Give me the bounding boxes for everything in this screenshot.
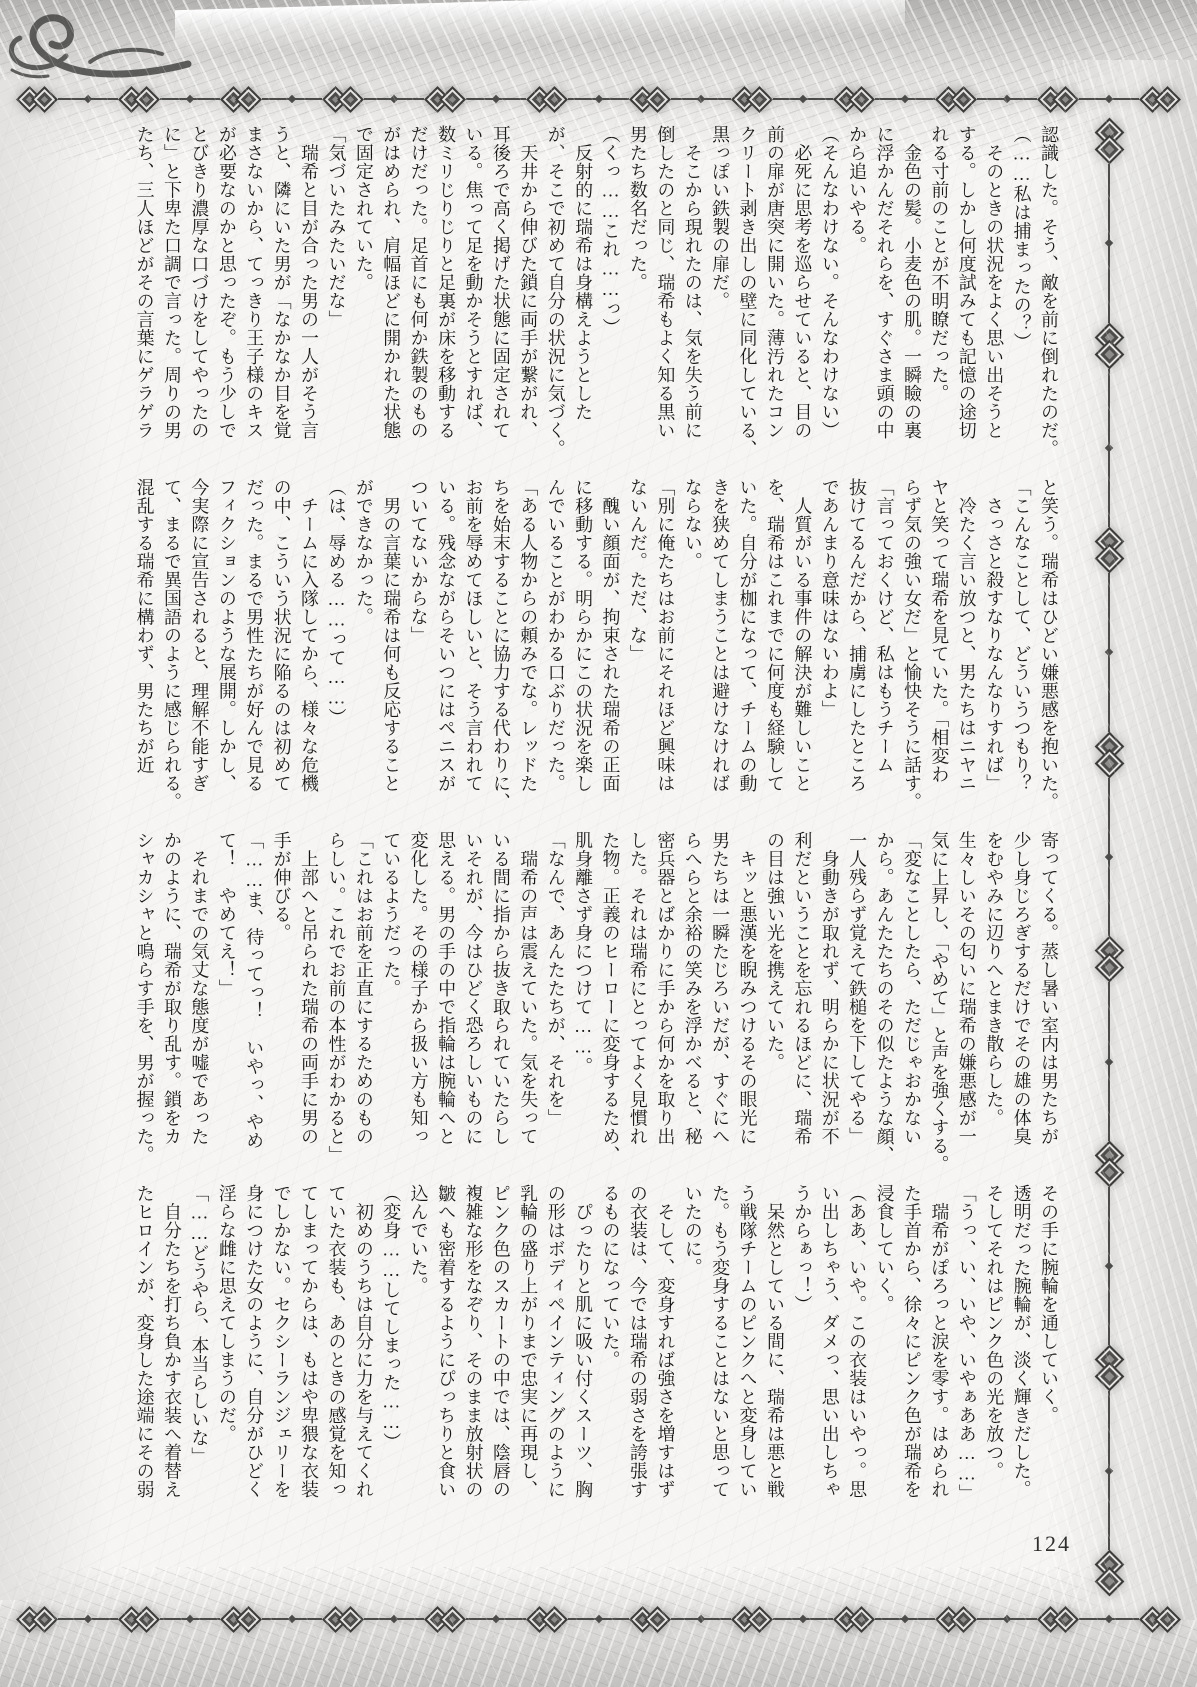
text-column: そのときの状況をよく思い出そうと [980, 125, 1007, 473]
diamond-ornament-icon [1043, 90, 1073, 109]
text-column: を、瑞希はこれまでに何度も経験して [761, 478, 788, 826]
text-column: （そんなわけない。そんなわけない） [815, 125, 842, 473]
diamond-icon [337, 1606, 364, 1633]
text-column: いる間に指から抜き取られていたらし [486, 831, 513, 1179]
ornament-connector-line [1108, 1391, 1110, 1550]
diamond-ornament-icon [1099, 124, 1120, 158]
text-column: らへらと余裕の笑みを浮かべると、秘 [678, 831, 705, 1179]
text-column: 初めのうちは自分に力を与えてくれ [349, 1184, 376, 1532]
text-column: 瑞希と目が合った男の一人がそう言 [295, 125, 322, 473]
diamond-ornament-icon [430, 90, 460, 109]
diamond-icon [1094, 1362, 1124, 1392]
text-column: 利だということを忘れるほどに、瑞希 [788, 831, 815, 1179]
diamond-icon [133, 86, 160, 113]
text-column: 認識した。そう、敵を前に倒れたのだ。 [1035, 125, 1062, 473]
diamond-icon [1094, 1158, 1124, 1188]
text-column: （……私は捕まったの？） [1007, 125, 1034, 473]
diamond-ornament-icon [635, 90, 665, 109]
text-column: の形はボディペインティングのように [541, 1184, 568, 1532]
ornament-connector-line [875, 1618, 935, 1620]
text-column: 「変なことしたら、ただじゃおかない [898, 831, 925, 1179]
top-ornament-border [0, 78, 1197, 120]
text-column: きを狭めてしまうことは避けなければ [706, 478, 733, 826]
ornament-connector-line [364, 98, 424, 100]
diamond-ornament-icon [328, 1610, 358, 1629]
text-column: 手が伸びる。 [267, 831, 294, 1179]
text-column: 混乱する瑞希に構わず、男たちが近 [130, 478, 157, 826]
diamond-icon [746, 86, 773, 113]
diamond-icon [337, 86, 364, 113]
baroque-flourish-icon [2, 6, 192, 84]
diamond-icon [1154, 1606, 1181, 1633]
ornament-connector-line [977, 1618, 1037, 1620]
text-column: ていた衣装も、あのときの感覚を知っ [322, 1184, 349, 1532]
text-column: 「こんなことして、どういうつもり？ [1007, 478, 1034, 826]
text-column: 金色の髪。小麦色の肌。一瞬瞼の裏 [898, 125, 925, 473]
text-column: 今実際に宣告されると、理解不能すぎ [185, 478, 212, 826]
text-column: から追いやる。 [843, 125, 870, 473]
text-column: いる。焦って足を動かそうとすれば、 [459, 125, 486, 473]
text-column: 「なんで、あんたたちが、それを」 [541, 831, 568, 1179]
text-column: 倒したのと同じ、瑞希もよく知る黒い [651, 125, 678, 473]
paragraph-band-1: 認識した。そう、敵を前に倒れたのだ。（……私は捕まったの？） そのときの状況をよ… [130, 125, 1062, 473]
text-column: した。それは瑞希にとってよく見慣れ [624, 831, 651, 1179]
ornament-connector-line [875, 98, 935, 100]
ornament-connector-line [262, 1618, 322, 1620]
diamond-ornament-icon [1099, 1351, 1120, 1385]
ornament-connector-line [568, 1618, 628, 1620]
text-column: 淫らな雌に思えてしまうのだ。 [212, 1184, 239, 1532]
text-column: 乳輪の盛り上がりまで忠実に再現し、 [514, 1184, 541, 1532]
diamond-ornament-icon [430, 1610, 460, 1629]
text-column: それまでの気丈な態度が嘘であった [185, 831, 212, 1179]
text-column: クリート剥き出しの壁に同化している、 [733, 125, 760, 473]
diamond-ornament-icon [226, 1610, 256, 1629]
diamond-ornament-icon [532, 1610, 562, 1629]
text-column: でしかない。セクシーランジェリーを [267, 1184, 294, 1532]
text-column: ないんだ。ただ、な」 [624, 478, 651, 826]
text-column: らしい。これでお前の本性がわかると」 [322, 831, 349, 1179]
text-column: 寄ってくる。蒸し暑い室内は男たちが [1035, 831, 1062, 1179]
text-column: らず気の強い女だ」と愉快そうに話す。 [898, 478, 925, 826]
ornament-connector-line [466, 98, 526, 100]
text-column: ついてないからな」 [404, 478, 431, 826]
text-column: 醜い顔面が、拘束された瑞希の正面 [596, 478, 623, 826]
text-column: 皺へも密着するようにぴっちりと食い [432, 1184, 459, 1532]
ornament-connector-line [568, 98, 628, 100]
diamond-icon [1094, 339, 1124, 369]
text-column: 身動きが取れず、明らかに状況が不 [815, 831, 842, 1179]
text-column: 浸食していく。 [870, 1184, 897, 1532]
diamond-ornament-icon [124, 90, 154, 109]
diamond-ornament-icon [737, 90, 767, 109]
text-column: そして、変身すれば強さを増すはず [651, 1184, 678, 1532]
text-column: 気に上昇し、「やめて」と声を強くする。 [925, 831, 952, 1179]
paper-texture-left [0, 80, 110, 1600]
text-column: 透明だった腕輪が、淡く輝きだした。 [1007, 1184, 1034, 1532]
text-column: お前を辱めてほしいと、そう言われて [459, 478, 486, 826]
diamond-icon [848, 86, 875, 113]
ornament-connector-line [1108, 369, 1110, 528]
text-column: そしてそれはピンク色の光を放つ。 [980, 1184, 1007, 1532]
diamond-ornament-icon [737, 1610, 767, 1629]
ornament-connector-line [671, 98, 731, 100]
text-column: 「別に俺たちはお前にそれほど興味は [651, 478, 678, 826]
text-column: た手首から、徐々にピンク色が瑞希を [898, 1184, 925, 1532]
text-column: チームに入隊してから、様々な危機 [295, 478, 322, 826]
diamond-ornament-icon [941, 90, 971, 109]
diamond-ornament-icon [1099, 738, 1120, 772]
diamond-icon [1154, 86, 1181, 113]
text-column: ができなかった。 [349, 478, 376, 826]
text-column: だけだった。足首にも何か鉄製のもの [404, 125, 431, 473]
text-column: 複雑な形をなぞり、そのまま放射状の [459, 1184, 486, 1532]
ornament-connector-line [160, 98, 220, 100]
ornament-connector-line [1108, 573, 1110, 732]
ornament-connector-line [262, 98, 322, 100]
diamond-icon [542, 1606, 569, 1633]
text-column: るものになっていた。 [596, 1184, 623, 1532]
text-column: 込んでいた。 [404, 1184, 431, 1532]
diamond-icon [235, 86, 262, 113]
diamond-ornament-icon [839, 90, 869, 109]
text-column: 少し身じろぎするだけでその雄の体臭 [1007, 831, 1034, 1179]
ornament-connector-line [58, 98, 118, 100]
text-column: たヒロインが、変身した途端にその弱 [130, 1184, 157, 1532]
diamond-icon [1094, 544, 1124, 574]
text-column: ピンク色のスカートの中では、陰唇の [486, 1184, 513, 1532]
text-column: の中、こういう状況に陥るのは初めて [267, 478, 294, 826]
text-column: いる。残念ながらそいつにはペニスが [432, 478, 459, 826]
diamond-icon [1094, 953, 1124, 983]
text-column: 自分たちを打ち負かす衣装へ着替え [158, 1184, 185, 1532]
text-column: 「これはお前を正直にするためのもの [349, 831, 376, 1179]
diamond-icon [1052, 1606, 1079, 1633]
text-column: んでいることがわかる口ぶりだった。 [541, 478, 568, 826]
text-column: 男の言葉に瑞希は何も反応すること [377, 478, 404, 826]
text-column: 耳後ろで高く掲げた状態に固定されて [486, 125, 513, 473]
text-column: 「……ま、待ってっ！ いやっ、やめ [240, 831, 267, 1179]
diamond-icon [235, 1606, 262, 1633]
diamond-icon [848, 1606, 875, 1633]
text-column: が、そこで初めて自分の状況に気づく。 [541, 125, 568, 473]
paragraph-band-2: と笑う。瑞希はひどい嫌悪感を抱いた。「こんなことして、どういうつもり？ さっさと… [130, 478, 1062, 826]
text-column: そこから現れたのは、気を失う前に [678, 125, 705, 473]
text-column: 生々しいその匂いに瑞希の嫌悪感が一 [952, 831, 979, 1179]
text-column: 「気づいたみたいだな」 [322, 125, 349, 473]
diamond-icon [1052, 86, 1079, 113]
diamond-ornament-icon [1043, 1610, 1073, 1629]
text-column: て！ やめてえ！」 [212, 831, 239, 1179]
text-column: ぴったりと肌に吸い付くスーツ、胸 [569, 1184, 596, 1532]
diamond-icon [439, 86, 466, 113]
text-column: 瑞希がぽろっと涙を零す。はめられ [925, 1184, 952, 1532]
text-column: まさないから、てっきり王子様のキス [240, 125, 267, 473]
ornament-connector-line [1108, 164, 1110, 323]
text-column: て、まるで異国語のように感じられる。 [158, 478, 185, 826]
text-column: い出しちゃう、ダメっ、思い出しちゃ [815, 1184, 842, 1532]
text-column: 瑞希の声は震えていた。気を失って [514, 831, 541, 1179]
text-column: （ああ、いや。この衣装はいやっ。思 [843, 1184, 870, 1532]
diamond-icon [31, 86, 58, 113]
text-column: 上部へと吊られた瑞希の両手に男の [295, 831, 322, 1179]
diamond-icon [1094, 1567, 1124, 1597]
text-column: 「言っておくけど、私はもうチーム [870, 478, 897, 826]
text-column: が必要なのかと思ったぞ。もう少しで [212, 125, 239, 473]
text-column: だった。まるで男性たちが好んで見る [240, 478, 267, 826]
diamond-ornament-icon [1099, 533, 1120, 567]
diamond-ornament-icon [1145, 1610, 1175, 1629]
right-ornament-border [1082, 124, 1136, 1590]
diamond-icon [542, 86, 569, 113]
diamond-ornament-icon [226, 90, 256, 109]
diamond-icon [1094, 748, 1124, 778]
diamond-ornament-icon [1099, 1556, 1120, 1590]
text-column: 天井から伸びた鎖に両手が繋がれ、 [514, 125, 541, 473]
page-edge-highlight [175, 0, 905, 58]
text-column: 変化した。その様子から扱い方も知っ [404, 831, 431, 1179]
diamond-icon [950, 1606, 977, 1633]
text-column: いそれが、今はひどく恐ろしいものに [459, 831, 486, 1179]
text-column: に移動する。明らかにこの状況を楽し [569, 478, 596, 826]
text-column: 男たちは一瞬たじろいだが、すぐにへ [706, 831, 733, 1179]
diamond-ornament-icon [635, 1610, 665, 1629]
text-column: さっさと殺すなりなんなりすれば」 [980, 478, 1007, 826]
ornament-connector-line [160, 1618, 220, 1620]
paragraph-band-4: その手に腕輪を通していく。透明だった腕輪が、淡く輝きだした。そしてそれはピンク色… [130, 1184, 1062, 1532]
ornament-connector-line [977, 98, 1037, 100]
diamond-ornament-icon [1099, 1147, 1120, 1181]
scanned-book-page: 認識した。そう、敵を前に倒れたのだ。（……私は捕まったの？） そのときの状況をよ… [0, 0, 1197, 1687]
text-column: その手に腕輪を通していく。 [1035, 1184, 1062, 1532]
text-column: 「うっ、い、いや、いやぁああ……」 [952, 1184, 979, 1532]
diamond-ornament-icon [839, 1610, 869, 1629]
text-column: キッと悪漢を睨みつけるその眼光に [733, 831, 760, 1179]
text-column: たち、三人ほどがその言葉にゲラゲラ [130, 125, 157, 473]
text-column: れる寸前のことが不明瞭だった。 [925, 125, 952, 473]
text-column: であんまり意味はないわよ」 [815, 478, 842, 826]
text-column: に」と下卑た口調で言った。周りの男 [158, 125, 185, 473]
text-column: （は、辱める……って……） [322, 478, 349, 826]
bottom-ornament-border [0, 1598, 1197, 1640]
text-column: ヤと笑って瑞希を見ていた。「相変わ [925, 478, 952, 826]
diamond-ornament-icon [1099, 329, 1120, 363]
text-column: 男たち数名だった。 [624, 125, 651, 473]
text-column: 「ある人物からの頼みでな。レッドた [514, 478, 541, 826]
diamond-icon [1094, 135, 1124, 165]
text-column: 反射的に瑞希は身構えようとした [569, 125, 596, 473]
diamond-ornament-icon [1145, 90, 1175, 109]
diamond-icon [31, 1606, 58, 1633]
text-column: の目は強い光を携えていた。 [761, 831, 788, 1179]
text-column: てしまってからは、もはや卑猥な衣装 [295, 1184, 322, 1532]
text-column: で固定されていた。 [349, 125, 376, 473]
text-column: （くっ……これ……っ） [596, 125, 623, 473]
text-column: 呆然としている間に、瑞希は悪と戦 [761, 1184, 788, 1532]
text-column: 人質がいる事件の解決が難しいこと [788, 478, 815, 826]
text-column: 身につけた女のように、自分がひどく [240, 1184, 267, 1532]
text-column: いた。自分が枷になって、チームの動 [733, 478, 760, 826]
text-column: とびきり濃厚な口づけをしてやったの [185, 125, 212, 473]
text-column: うからぁっ！） [788, 1184, 815, 1532]
ornament-connector-line [1108, 1187, 1110, 1346]
diamond-ornament-icon [1099, 942, 1120, 976]
text-column: 「……どうやら、本当らしいな」 [185, 1184, 212, 1532]
text-column: フィクションのような展開。しかし、 [212, 478, 239, 826]
text-column: （変身……してしまった……） [377, 1184, 404, 1532]
text-column: う戦隊チームのピンクへと変身してい [733, 1184, 760, 1532]
diamond-icon [439, 1606, 466, 1633]
text-column: 必死に思考を巡らせていると、目の [788, 125, 815, 473]
text-column: がはめられ、肩幅ほどに開かれた状態 [377, 125, 404, 473]
text-column: の衣装は、今では瑞希の弱さを誇張す [624, 1184, 651, 1532]
ornament-connector-line [1108, 982, 1110, 1141]
diamond-icon [950, 86, 977, 113]
text-column: 黒っぽい鉄製の扉だ。 [706, 125, 733, 473]
diamond-ornament-icon [22, 1610, 52, 1629]
diamond-icon [133, 1606, 160, 1633]
diamond-ornament-icon [328, 90, 358, 109]
diamond-icon [644, 1606, 671, 1633]
ornament-connector-line [773, 1618, 833, 1620]
page-number: 124 [1032, 1531, 1071, 1557]
text-column: ならない。 [678, 478, 705, 826]
paragraph-band-3: 寄ってくる。蒸し暑い室内は男たちが少し身じろぎするだけでその雄の体臭をむやみに辺… [130, 831, 1062, 1179]
diamond-ornament-icon [532, 90, 562, 109]
text-column: ちを始末することに協力する代わりに、 [486, 478, 513, 826]
ornament-connector-line [671, 1618, 731, 1620]
text-column: 一人残らず覚えて鉄槌を下してやる」 [843, 831, 870, 1179]
text-column: た。もう変身することはないと思って [706, 1184, 733, 1532]
text-column: いたのに。 [678, 1184, 705, 1532]
text-column: する。しかし何度試みても記憶の途切 [952, 125, 979, 473]
text-column: 密兵器とばかりに手から何かを取り出 [651, 831, 678, 1179]
text-column: に浮かんだそれらを、すぐさま頭の中 [870, 125, 897, 473]
text-column: 前の扉が唐突に開いた。薄汚れたコン [761, 125, 788, 473]
ornament-connector-line [58, 1618, 118, 1620]
text-column: と笑う。瑞希はひどい嫌悪感を抱いた。 [1035, 478, 1062, 826]
text-column: 肌身離さず身につけて……。 [569, 831, 596, 1179]
diamond-ornament-icon [941, 1610, 971, 1629]
diamond-ornament-icon [124, 1610, 154, 1629]
ornament-connector-line [773, 98, 833, 100]
text-column: シャカシャと鳴らす手を、男が握った。 [130, 831, 157, 1179]
text-column: 抜けてるんだから、捕虜にしたところ [843, 478, 870, 826]
text-column: をむやみに辺りへとまき散らした。 [980, 831, 1007, 1179]
ornament-connector-line [1108, 778, 1110, 937]
text-column: かのように、瑞希が取り乱す。鎖をカ [158, 831, 185, 1179]
text-column: 冷たく言い放つと、男たちはニヤニ [952, 478, 979, 826]
ornament-connector-line [364, 1618, 424, 1620]
diamond-icon [746, 1606, 773, 1633]
diamond-icon [644, 86, 671, 113]
text-column: うと、隣にいた男が「なかなか目を覚 [267, 125, 294, 473]
text-column: た物。正義のヒーローに変身するため、 [596, 831, 623, 1179]
ornament-connector-line [1079, 1618, 1139, 1620]
ornament-connector-line [466, 1618, 526, 1620]
text-column: 思える。男の手の中で指輪は腕輪へと [432, 831, 459, 1179]
diamond-ornament-icon [22, 90, 52, 109]
text-column: ているようだった。 [377, 831, 404, 1179]
text-column: から。あんたたちのその似たような顔、 [870, 831, 897, 1179]
text-column: 数ミリじりじりと足裏が床を移動する [432, 125, 459, 473]
ornament-connector-line [1079, 98, 1139, 100]
